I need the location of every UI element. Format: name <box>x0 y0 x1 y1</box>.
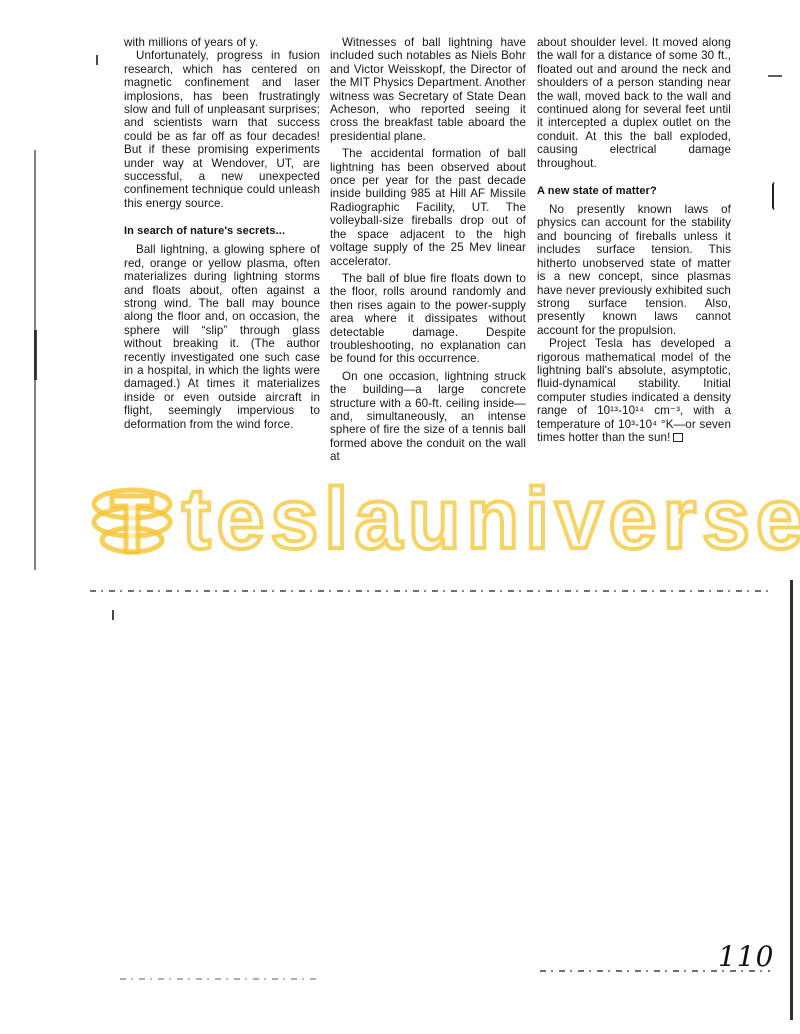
paragraph: Witnesses of ball lightning have include… <box>330 36 526 143</box>
column-3: about shoulder level. It moved along the… <box>537 36 731 444</box>
section-heading: In search of nature's secrets... <box>124 225 320 238</box>
watermark: teslauniverse <box>90 478 730 560</box>
scan-dashes-row <box>90 590 770 592</box>
paragraph: with millions of years of y. <box>124 36 320 49</box>
paragraph: The accidental formation of ball lightni… <box>330 147 526 268</box>
paragraph: Project Tesla has developed a rigorous m… <box>537 337 731 444</box>
paragraph: about shoulder level. It moved along the… <box>537 36 731 170</box>
watermark-text: teslauniverse <box>182 470 800 569</box>
paragraph: Unfortunately, progress in fusion resear… <box>124 49 320 210</box>
paragraph: Ball lightning, a glowing sphere of red,… <box>124 243 320 431</box>
scan-mark-left-2 <box>34 330 37 380</box>
paragraph-text: Project Tesla has developed a rigorous m… <box>537 337 731 444</box>
scan-mark-right-2 <box>768 75 782 77</box>
scan-mark-mid <box>112 610 114 620</box>
paragraph: On one occasion, lightning struck the bu… <box>330 370 526 464</box>
scan-mark-right-1 <box>772 182 780 210</box>
scan-mark-left <box>96 55 98 65</box>
tesla-universe-logo-icon <box>90 482 174 556</box>
column-1: with millions of years of y. Unfortunate… <box>124 36 320 431</box>
page-number: 110 <box>718 940 774 973</box>
paragraph: The ball of blue fire floats down to the… <box>330 272 526 366</box>
paragraph: No presently known laws of physics can a… <box>537 203 731 337</box>
scanned-magazine-page: with millions of years of y. Unfortunate… <box>0 0 800 1034</box>
column-2: Witnesses of ball lightning have include… <box>330 36 526 464</box>
scan-dashes-bottom-left <box>120 978 320 980</box>
scan-edge-right <box>790 580 793 1020</box>
end-mark-icon <box>673 433 683 442</box>
section-heading: A new state of matter? <box>537 185 731 198</box>
